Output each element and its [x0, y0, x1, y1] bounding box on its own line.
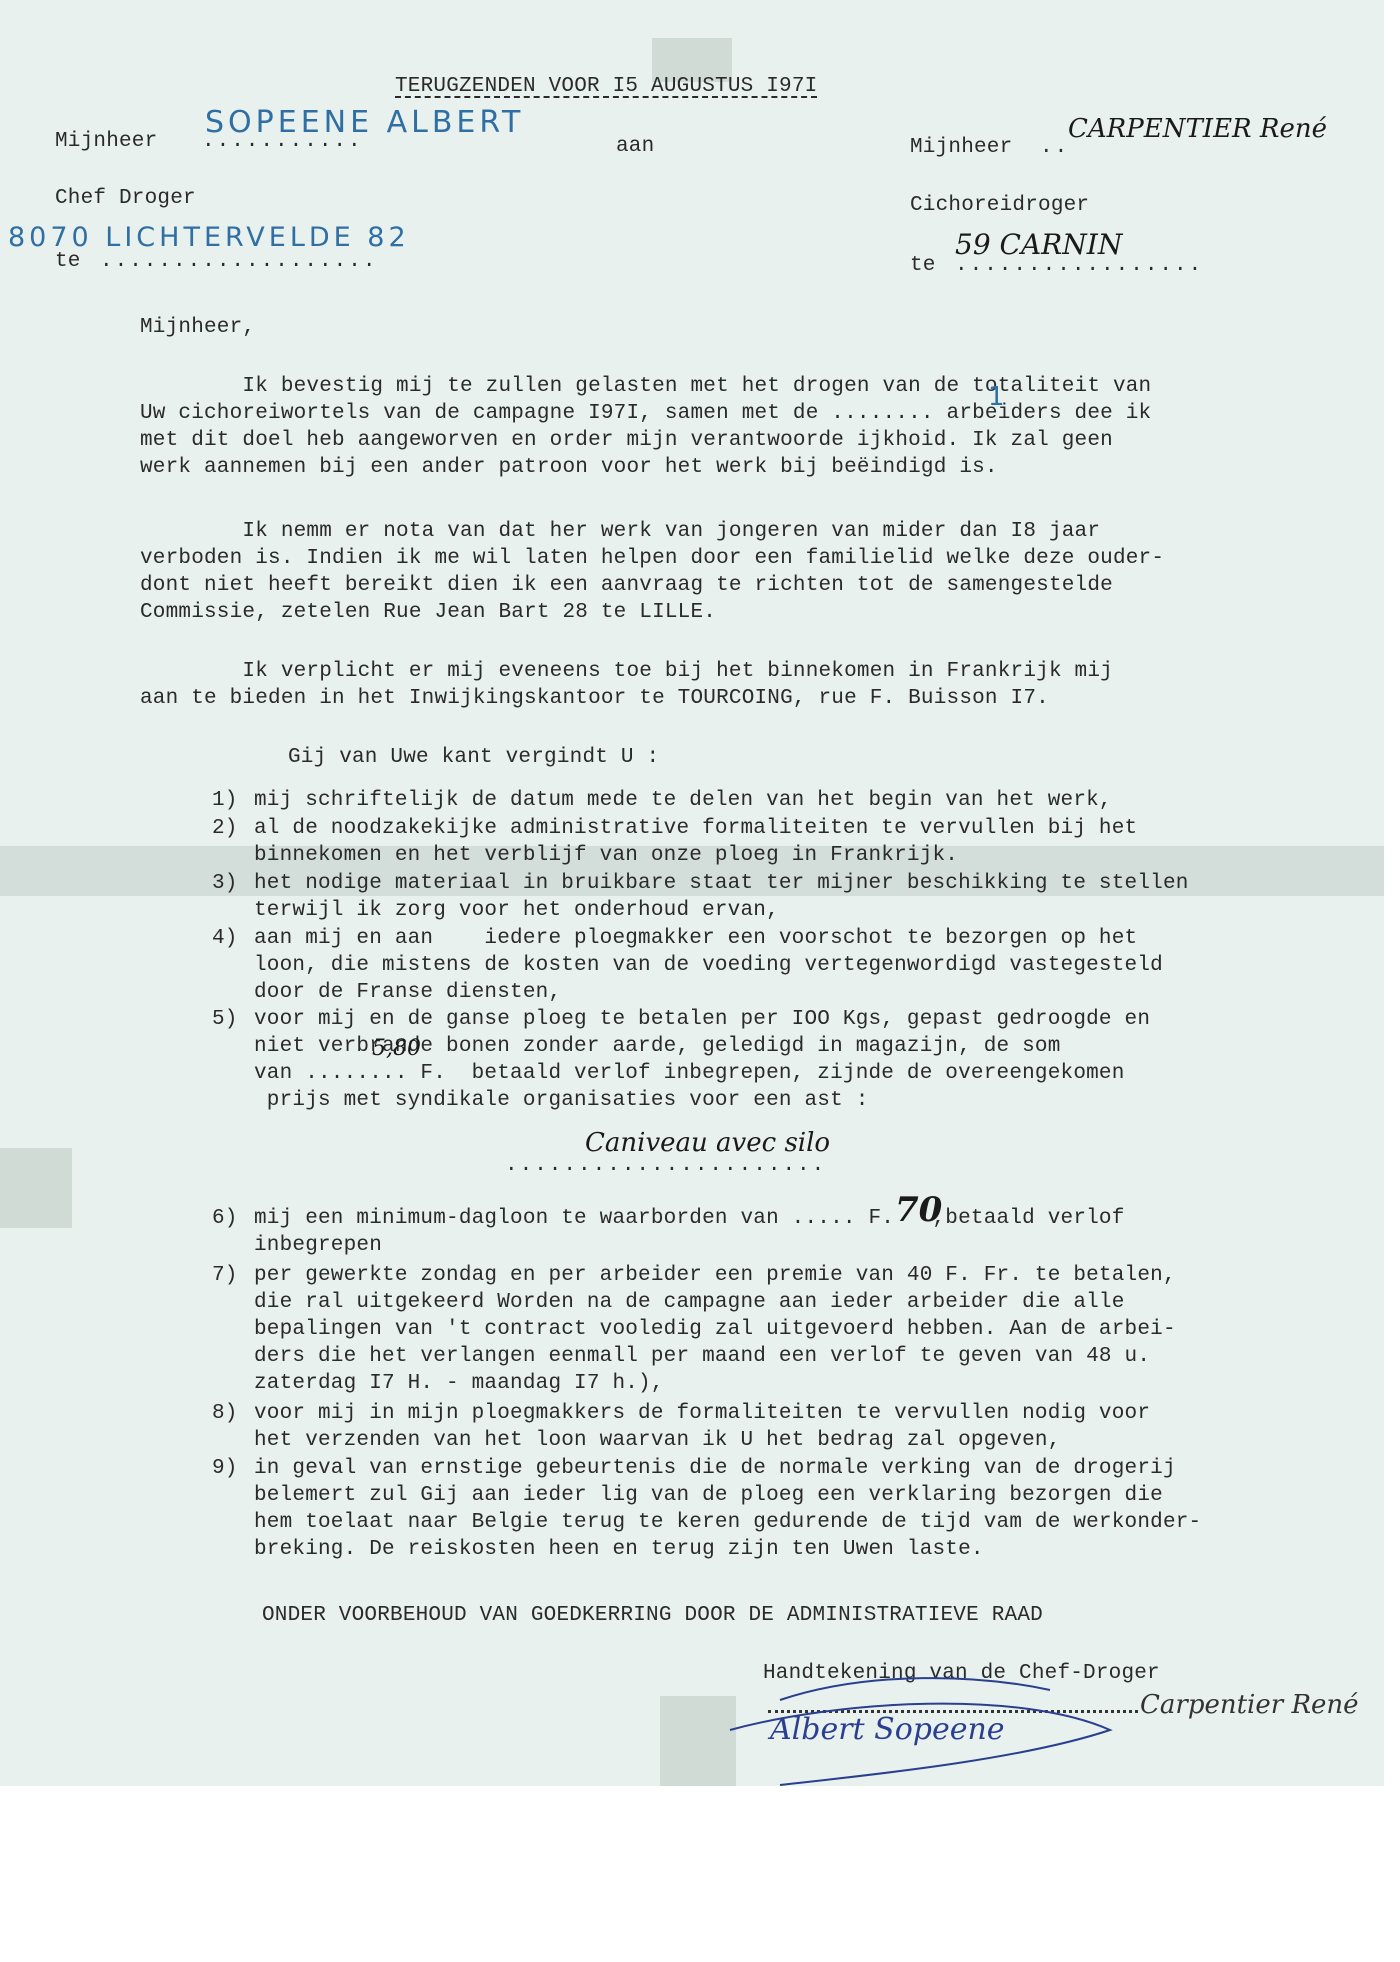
list-item-text: binnekomen en het verblijf van onze ploe…	[254, 842, 958, 869]
list-item-text: hem toelaat naar Belgie terug te keren g…	[254, 1509, 1201, 1536]
price-handwritten: 5,80	[372, 1036, 421, 1061]
sender-address-handwritten: 8070 LICHTERVELDE 82	[8, 222, 410, 253]
list-item-text: zaterdag I7 H. - maandag I7 h.),	[254, 1370, 664, 1397]
list-item-number: 9)	[212, 1455, 238, 1482]
list-item-text: bepalingen van 't contract vooledig zal …	[254, 1316, 1176, 1343]
list-item-text: het verzenden van het loon waarvan ik U …	[254, 1427, 1061, 1454]
list-item-number: 3)	[212, 870, 238, 897]
list-item-number: 2)	[212, 815, 238, 842]
list-item-text: het nodige materiaal in bruikbare staat …	[254, 870, 1189, 897]
list-item-number: 8)	[212, 1400, 238, 1427]
list-item-text: belemert zul Gij aan ieder lig van de pl…	[254, 1482, 1163, 1509]
list-item-text: aan mij en aan iedere ploegmakker een vo…	[254, 925, 1137, 952]
sender-name-handwritten: SOPEENE ALBERT	[205, 105, 524, 140]
list-item-text: in geval van ernstige gebeurtenis die de…	[254, 1455, 1176, 1482]
recipient-role: Cichoreidroger	[910, 192, 1089, 219]
recipient-salutation: Mijnheer	[910, 134, 1012, 161]
list-item-text: prijs met syndikale organisaties voor ee…	[254, 1087, 869, 1114]
recipient-place-handwritten: 59 CARNIN	[955, 228, 1122, 261]
recipient-name-dots: ..	[1040, 134, 1069, 161]
list-item-text: ders die het verlangen eenmall per maand…	[254, 1343, 1150, 1370]
list-item-text: per gewerkte zondag en per arbeider een …	[254, 1262, 1176, 1289]
list-item-text: loon, die mistens de kosten van de voedi…	[254, 952, 1163, 979]
list-item-text: die ral uitgekeerd Worden na de campagne…	[254, 1289, 1125, 1316]
list-item-text: door de Franse diensten,	[254, 979, 561, 1006]
list-item-text: van ........ F. betaald verlof inbegrepe…	[254, 1060, 1125, 1087]
aan-label: aan	[616, 133, 654, 160]
list-item-number: 5)	[212, 1006, 238, 1033]
greeting: Mijnheer,	[140, 314, 255, 341]
reservation-note: ONDER VOORBEHOUD VAN GOEDKERRING DOOR DE…	[262, 1602, 1043, 1629]
list-item-text: mij een minimum-dagloon te waarborden va…	[254, 1205, 1125, 1232]
list-item-text: terwijl ik zorg voor het onderhoud ervan…	[254, 897, 779, 924]
document-page: TERUGZENDEN VOOR I5 AUGUSTUS I97I Mijnhe…	[0, 0, 1384, 1786]
tape-strip	[0, 1148, 72, 1228]
list-item-text: al de noodzakekijke administrative forma…	[254, 815, 1137, 842]
list-item-text: voor mij en de ganse ploeg te betalen pe…	[254, 1006, 1150, 1033]
sender-role: Chef Droger	[55, 185, 196, 212]
document-title: TERUGZENDEN VOOR I5 AUGUSTUS I97I	[395, 73, 817, 100]
signature-flourish	[720, 1660, 1140, 1790]
list-item-number: 1)	[212, 787, 238, 814]
min-wage-handwritten: 70	[895, 1190, 942, 1230]
list-item-text: breking. De reiskosten heen en terug zij…	[254, 1536, 984, 1563]
list-item-number: 7)	[212, 1262, 238, 1289]
list-item-number: 6)	[212, 1205, 238, 1232]
list-item-text: voor mij in mijn ploegmakkers de formali…	[254, 1400, 1150, 1427]
recipient-name-handwritten: CARPENTIER René	[1068, 114, 1327, 144]
list-item-text: mij schriftelijk de datum mede te delen …	[254, 787, 1112, 814]
recipient-te-label: te	[910, 252, 936, 279]
signature-recipient: Carpentier René	[1140, 1690, 1359, 1720]
list-item-number: 4)	[212, 925, 238, 952]
workers-count-handwritten: 1	[988, 382, 1009, 412]
list-intro: Gij van Uwe kant vergindt U :	[288, 744, 659, 771]
sender-salutation: Mijnheer	[55, 128, 157, 155]
list-item-text: inbegrepen	[254, 1232, 382, 1259]
ast-type-handwritten: Caniveau avec silo	[585, 1128, 830, 1158]
